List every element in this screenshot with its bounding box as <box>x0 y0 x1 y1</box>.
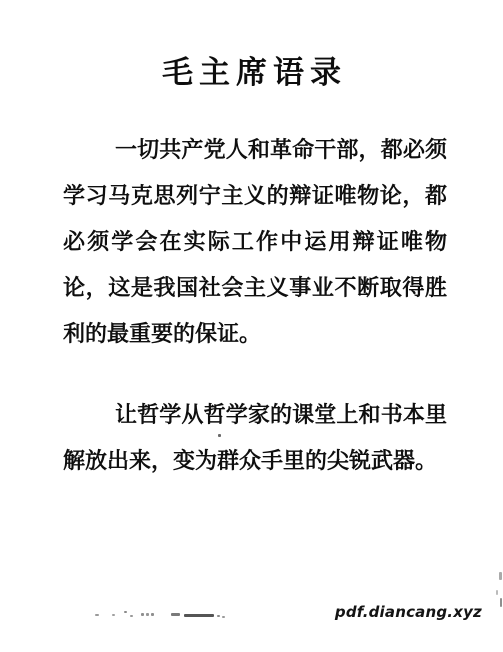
text-line: 学习马克思列宁主义的辩证唯物论，都 <box>63 174 447 220</box>
text-line: 让哲学从哲学家的课堂上和书本里 <box>63 393 447 439</box>
scan-speck <box>130 615 133 617</box>
scan-speck <box>124 611 127 613</box>
scan-speck <box>218 434 221 437</box>
scan-speck <box>95 614 99 616</box>
text-line: 利的最重要的保证。 <box>63 312 447 358</box>
text-line: 解放出来，变为群众手里的尖锐武器。 <box>63 439 447 485</box>
scan-speck <box>222 616 225 618</box>
scan-speck <box>496 590 498 595</box>
text-line: 必须学会在实际工作中运用辩证唯物 <box>63 220 447 266</box>
scan-speck <box>141 613 144 616</box>
scan-speck <box>500 598 502 607</box>
scan-speck <box>499 572 502 580</box>
scan-speck <box>112 614 115 616</box>
page-title: 毛主席语录 <box>0 56 503 90</box>
text-line: 论，这是我国社会主义事业不断取得胜 <box>63 266 447 312</box>
scan-speck <box>184 614 214 617</box>
scan-speck <box>171 613 180 616</box>
document-page: 毛主席语录 一切共产党人和革命干部，都必须 学习马克思列宁主义的辩证唯物论，都 … <box>0 0 503 652</box>
watermark-text: pdf.diancang.xyz <box>335 603 482 621</box>
scan-speck <box>217 615 220 617</box>
quote-paragraph-1: 一切共产党人和革命干部，都必须 学习马克思列宁主义的辩证唯物论，都 必须学会在实… <box>63 128 447 358</box>
quote-paragraph-2: 让哲学从哲学家的课堂上和书本里 解放出来，变为群众手里的尖锐武器。 <box>63 393 447 485</box>
scan-speck <box>151 613 154 616</box>
text-line: 一切共产党人和革命干部，都必须 <box>63 128 447 174</box>
scan-speck <box>146 613 149 616</box>
